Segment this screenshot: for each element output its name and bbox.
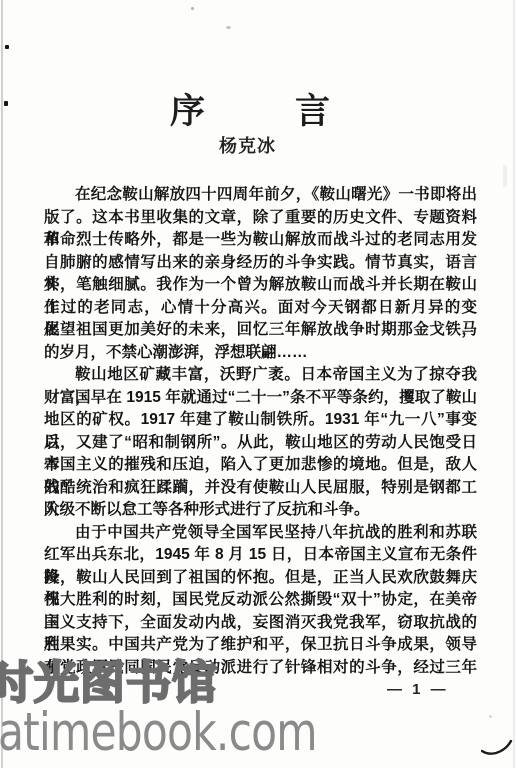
text-line: 地区的矿权。1917 年建了鞍山制铁所。1931 年“九一八”事变以 [44,409,477,432]
text-line: 红军出兵东北，1945 年 8 月 15 日，日本帝国主义宣布无条件投 [44,544,477,567]
scan-speck [503,165,507,187]
scan-edge-right [513,0,515,768]
page-number: — 1 — [387,681,449,698]
page-title: 序 言 [0,84,508,134]
text-line: 鞍山地区矿藏丰富，沃野广袤。日本帝国主义为了掠夺我国 [44,364,477,387]
text-line: 降，鞍山人民回到了祖国的怀抱。但是，正当人民欢欣鼓舞庆祝 [44,567,477,590]
pen-mark [481,739,513,757]
text-line: 的岁月，不禁心潮澎湃，浮想联翩…… [44,342,477,365]
text-line: 由于中国共产党领导全国军民坚持八年抗战的胜利和苏联 [44,522,477,545]
body-text: 在纪念鞍山解放四十四周年前夕，《鞍山曙光》一书即将出版了。这本书里收集的文章，除… [44,184,477,679]
text-line: 在纪念鞍山解放四十四周年前夕，《鞍山曙光》一书即将出 [44,184,477,207]
text-line: 后，又建了“昭和制钢所”。从此，鞍山地区的劳动人民饱受日本 [44,432,477,455]
text-line: 版了。这本书里收集的文章，除了重要的历史文件、专题资料和 [44,207,477,230]
text-line: 革命烈士传略外，都是一些为鞍山解放而战斗过的老同志用发 [44,229,477,252]
page-title-char: 序 [170,84,205,134]
text-line: 实，笔触细腻。我作为一个曾为解放鞍山而战斗并长期在鞍山工 [44,274,477,297]
scan-speck [489,715,492,718]
text-line: 主义支持下，全面发动内战，妄图消灭我党我军，窃取抗战的胜 [44,612,477,635]
text-line: 残酷统治和疯狂蹂躏，并没有使鞍山人民屈服，特别是钢都工人 [44,477,477,500]
text-line: 作过的老同志，心情十分高兴。面对今天钢都日新月异的变化， [44,297,477,320]
text-line: 财富，早在 1915 年就通过“二十一”条不平等条约，攫取了鞍山 [44,387,477,410]
scan-speck [191,7,194,10]
text-line: 帝国主义的摧残和压迫，陷入了更加悲惨的境地。但是，敌人的 [44,454,477,477]
scanned-book-page: 序 言 杨克冰 在纪念鞍山解放四十四周年前夕，《鞍山曙光》一书即将出版了。这本书… [0,0,516,768]
text-line: 展望祖国更加美好的未来，回忆三年解放战争时期那金戈铁马 [44,319,477,342]
text-line: 伟大胜利的时刻，国民党反动派公然撕毁“双十”协定，在美帝国 [44,589,477,612]
text-line: 利果实。中国共产党为了维护和平，保卫抗日斗争成果，领导东 [44,634,477,657]
text-line: 阶级不断以怠工等各种形式进行了反抗和斗争。 [44,499,477,522]
scan-speck [5,45,9,49]
watermark-site-name: 时光图书馆 [0,660,218,705]
watermark-site-url: atimebook.com [0,706,317,759]
author-name: 杨克冰 [219,132,276,158]
text-line: 自肺腑的感情写出来的亲身经历的斗争实践。情节真实，语言朴 [44,252,477,275]
scan-speck [226,26,231,29]
page-title-char: 言 [295,84,330,134]
